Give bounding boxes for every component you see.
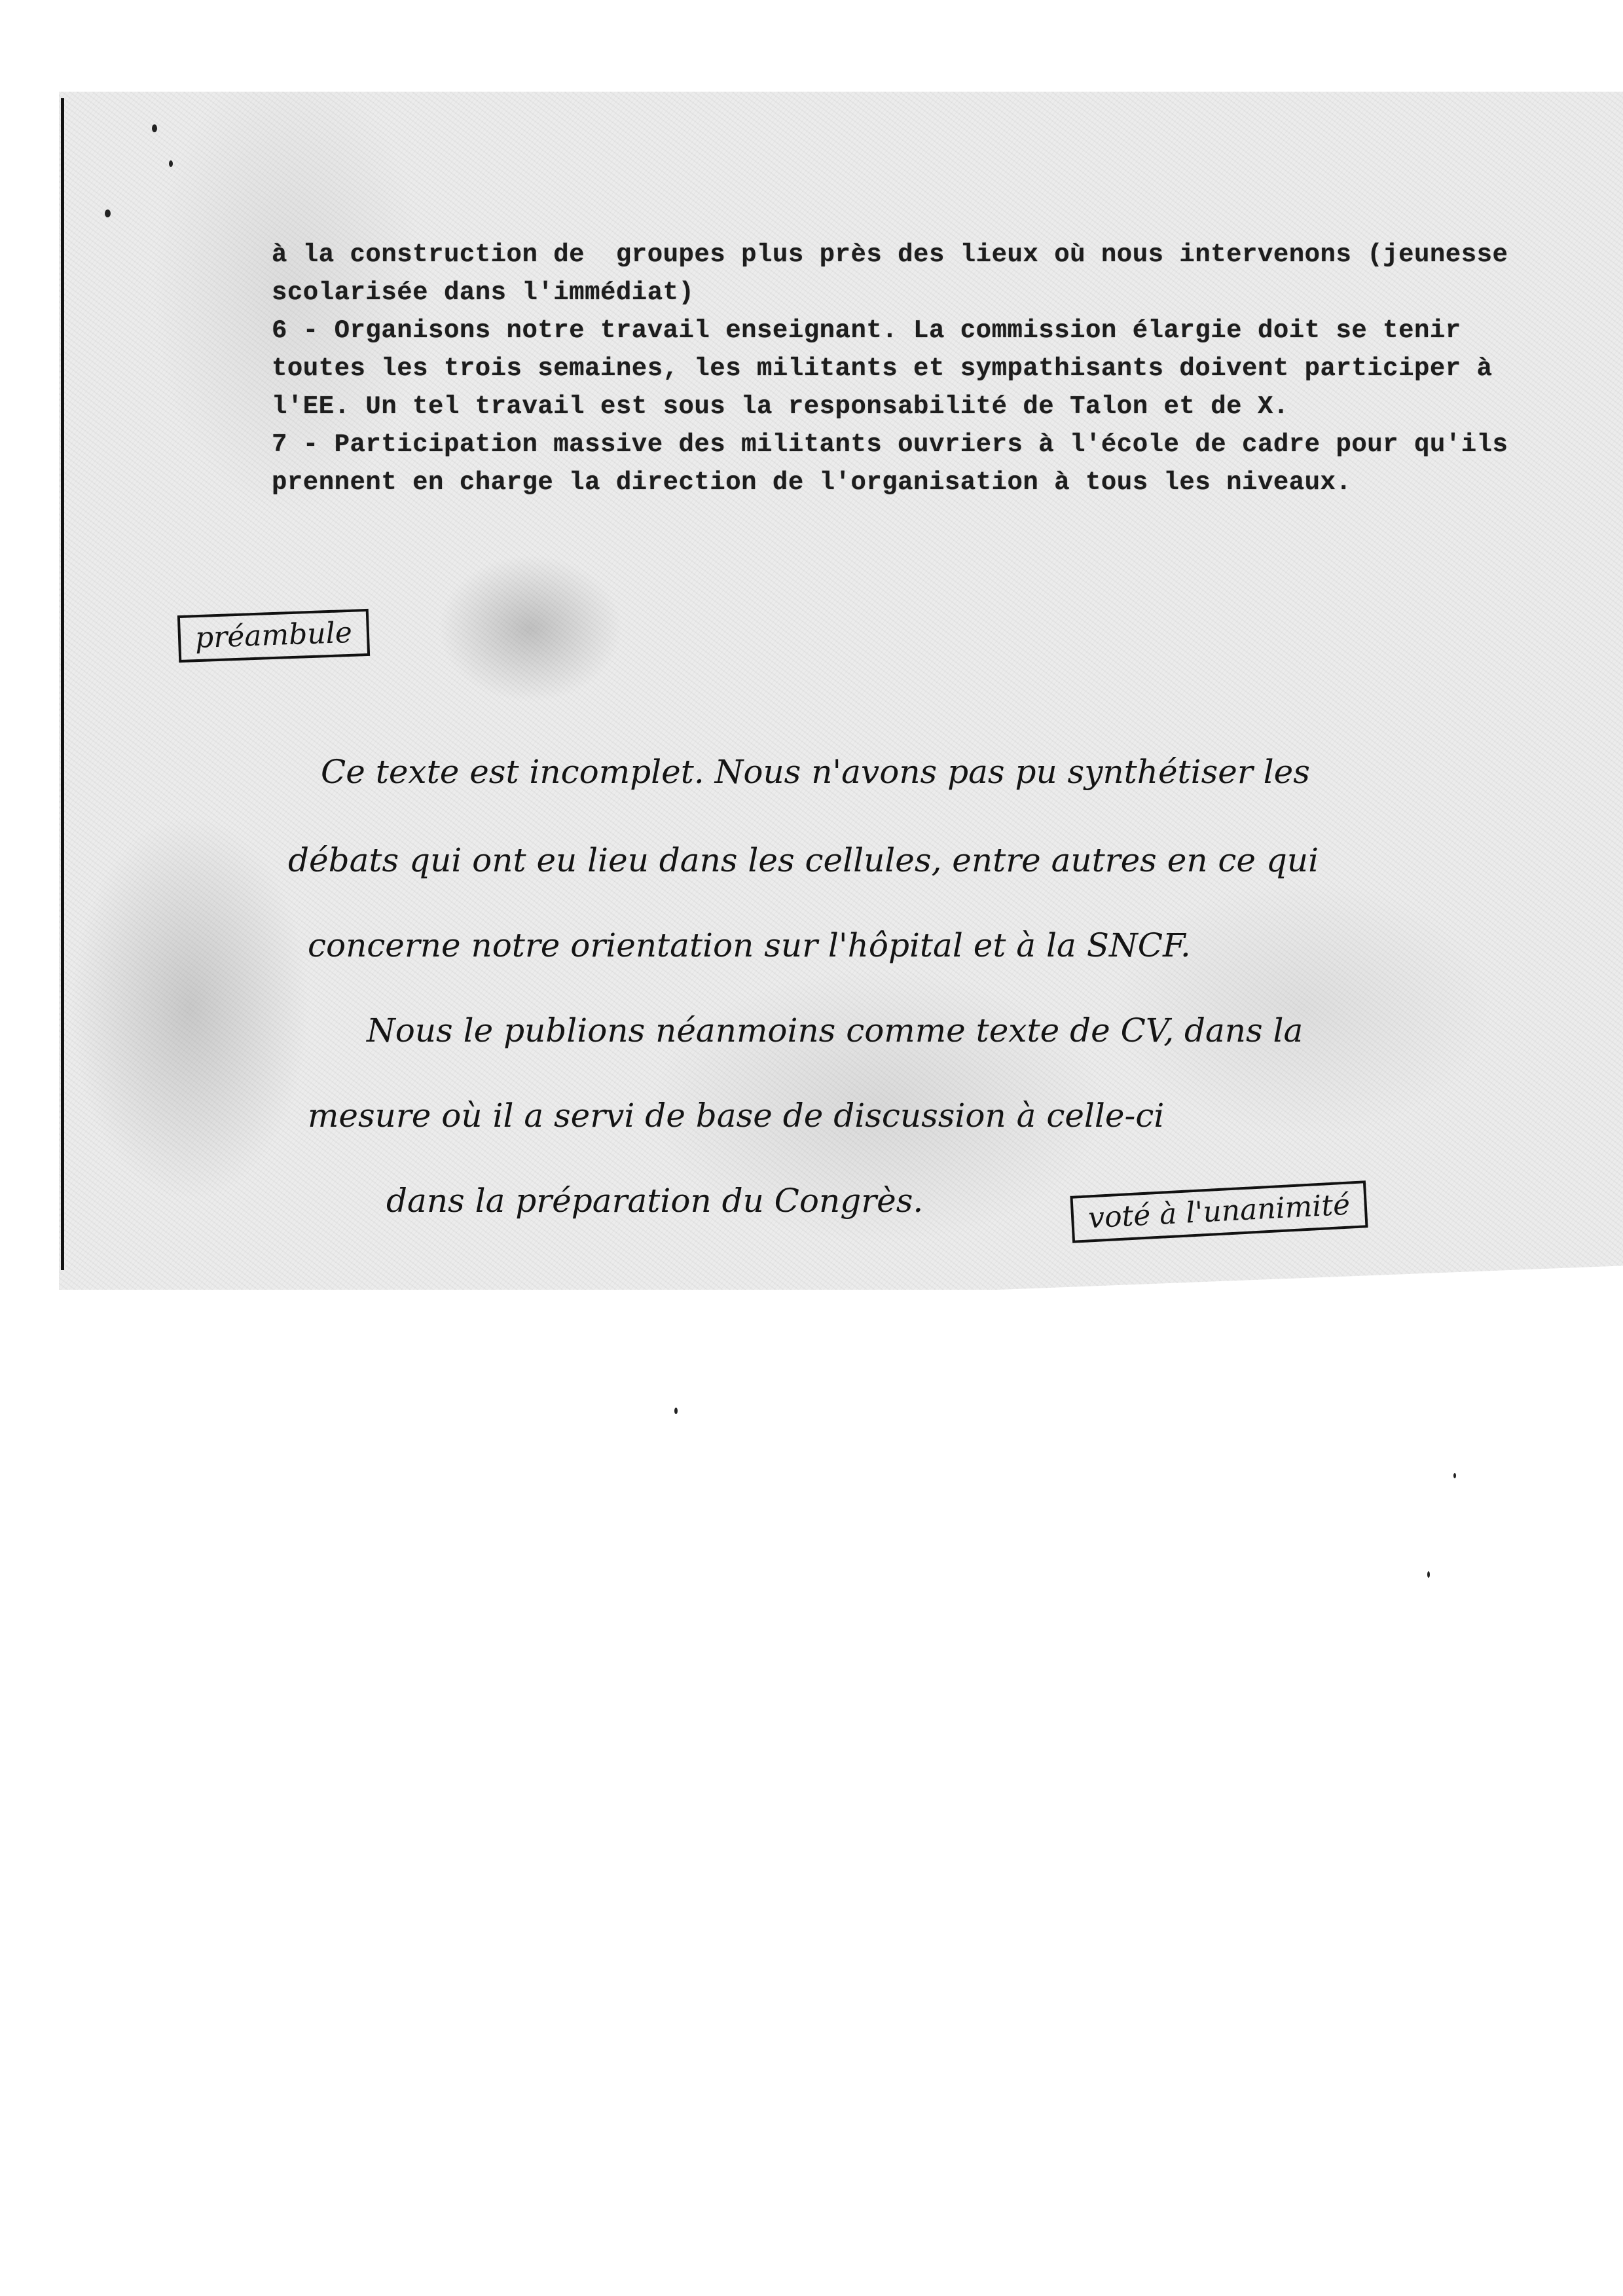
- scan-speck: [674, 1408, 678, 1414]
- handwritten-line: Nous le publions néanmoins comme texte d…: [367, 1011, 1303, 1049]
- vote-label: voté à l'unanimité: [1087, 1188, 1351, 1235]
- typed-line: à la construction de groupes plus près d…: [272, 236, 1516, 274]
- handwritten-line: Ce texte est incomplet. Nous n'avons pas…: [321, 753, 1310, 791]
- typed-text-block: à la construction de groupes plus près d…: [272, 236, 1516, 501]
- scan-speck: [1453, 1473, 1456, 1478]
- typed-line: prennent en charge la direction de l'org…: [272, 464, 1516, 501]
- typed-line: scolarisée dans l'immédiat): [272, 274, 1516, 312]
- typed-line: toutes les trois semaines, les militants…: [272, 350, 1516, 388]
- handwritten-line: dans la préparation du Congrès.: [386, 1182, 923, 1220]
- scan-speck: [152, 124, 157, 132]
- handwritten-line: mesure où il a servi de base de discussi…: [308, 1097, 1164, 1135]
- typed-line-item-7: 7 - Participation massive des militants …: [272, 426, 1516, 464]
- preamble-label: préambule: [194, 616, 352, 655]
- preamble-label-box: préambule: [177, 609, 370, 663]
- scan-speck: [105, 210, 111, 217]
- typed-line: l'EE. Un tel travail est sous la respons…: [272, 388, 1516, 426]
- handwritten-line: débats qui ont eu lieu dans les cellules…: [288, 841, 1319, 879]
- scan-speck: [169, 160, 173, 167]
- typed-line-item-6: 6 - Organisons notre travail enseignant.…: [272, 312, 1516, 350]
- margin-rule: [61, 98, 64, 1270]
- handwritten-line: concerne notre orientation sur l'hôpital…: [308, 926, 1191, 964]
- scan-speck: [1427, 1571, 1430, 1578]
